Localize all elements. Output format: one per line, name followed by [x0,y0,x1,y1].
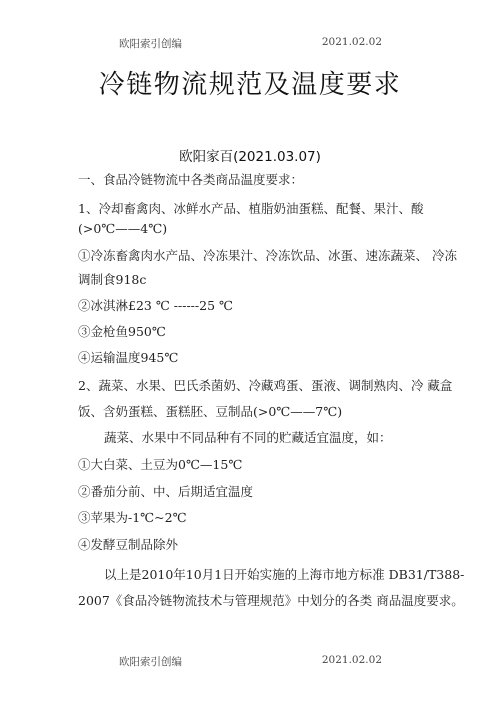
list-item: ②冰淇淋£23 ℃ ------25 ℃ [78,296,233,314]
header-left-text: 欧阳索引创编 [119,36,182,51]
paragraph-line: (>0℃——4℃) [78,221,167,236]
list-item: ③金枪鱼950℃ [78,322,166,340]
author-line: 欧阳家百(2021.03.07) [0,145,500,165]
page-header: 欧阳索引创编 2021.02.02 [119,36,382,51]
footer-date: 2021.02.02 [322,654,382,669]
list-item: ③苹果为-1℃~2℃ [78,508,187,526]
header-date: 2021.02.02 [322,36,382,51]
section-heading: 一、食品冷链物流中各类商品温度要求： [78,170,303,188]
list-item: ②番茄分前、中、后期适宜温度 [78,482,253,500]
list-item: ④发酵豆制品除外 [78,535,178,553]
paragraph-line: 1、冷却畜禽肉、冰鲜水产品、植脂奶油蛋糕、配餐、果汁、酸 [78,199,423,217]
page-footer: 欧阳索引创编 2021.02.02 [119,654,382,669]
paragraph-line: 饭、含奶蛋糕、蛋糕胚、豆制品(>0℃——7℃) [78,402,342,420]
paragraph-line: 蔬菜、水果中不同品种有不同的贮藏适宜温度，如： [104,428,392,446]
footer-left-text: 欧阳索引创编 [119,654,182,669]
paragraph-line: 以上是2010年10月1日开始实施的上海市地方标准 DB31/T388- [104,565,464,583]
paragraph-line: 2、蔬菜、水果、巴氏杀菌奶、冷藏鸡蛋、蛋液、调制熟肉、冷 藏盒 [78,376,452,394]
paragraph-line: 2007《食品冷链物流技术与管理规范》中划分的各类 商品温度要求。 [78,591,464,609]
list-item: ④运输温度945℃ [78,348,178,366]
list-item: ①冷冻畜禽肉水产品、冷冻果汁、冷冻饮品、冰蛋、速冻蔬菜、 冷冻 [78,246,457,264]
list-item: ①大白菜、土豆为0℃—15℃ [78,455,242,473]
paragraph-line: 调制食918c [78,270,146,288]
document-title: 冷链物流规范及温度要求 [0,64,500,101]
